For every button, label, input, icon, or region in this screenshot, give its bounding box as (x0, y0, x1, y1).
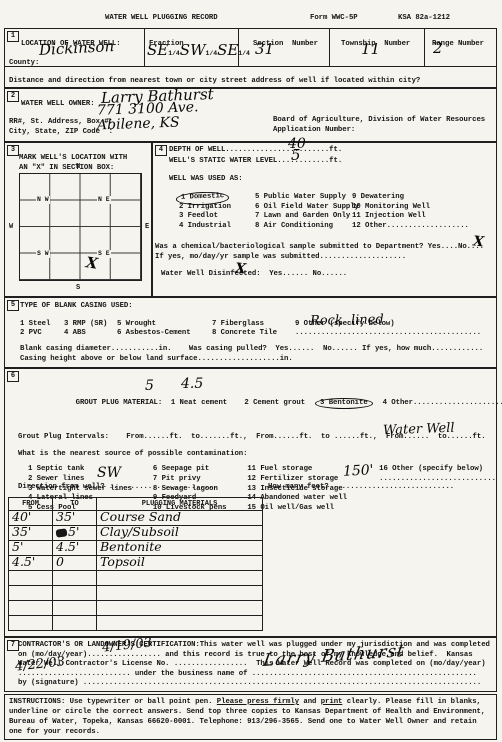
instructions-label: INSTRUCTIONS: (9, 698, 65, 706)
instructions-block: INSTRUCTIONS: Use typewriter or ball poi… (4, 694, 497, 740)
table-row (9, 616, 263, 631)
casing-diameter-line: Blank casing diameter...........in. Was … (20, 345, 496, 355)
from-value: 5' (12, 539, 23, 554)
press-firmly-underlined: Please press firmly (217, 698, 299, 706)
section-3-title: MARK WELL'S LOCATION WITH AN "X" IN SECT… (19, 146, 127, 174)
certification-text: CONTRACTOR'S OR LANDOWNER'S CERTIFICATIO… (5, 638, 496, 689)
divider (424, 29, 425, 66)
grout-material-line: GROUT PLUG MATERIAL: 1 Neat cement 2 Cem… (18, 373, 496, 427)
fraction-value: SE1/4SW1/4SE1/4 (147, 42, 250, 60)
disinfected-yes-x-mark: X (234, 261, 246, 276)
contam-other-value: Water Well (383, 422, 455, 437)
disinfected-line: Water Well Disinfected: Yes...... No....… (161, 270, 496, 280)
to-value: 5' (68, 524, 79, 539)
casing-options-row1: 1 Steel 3 RMP (SR) 5 Wrought 7 Fiberglas… (20, 320, 496, 330)
section-4-well-details: 4 DEPTH OF WELL........................f… (152, 142, 497, 297)
used-as-options: 1 Domestic 2 Irrigation 3 Feedlot 4 Indu… (179, 193, 496, 232)
instructions-text: INSTRUCTIONS: Use typewriter or ball poi… (5, 695, 496, 741)
section-2-owner: 2 WATER WELL OWNER: Larry Bathurst RR#, … (4, 88, 497, 142)
static-level-value: 5 (291, 148, 301, 163)
contamination-question: What is the nearest source of possible c… (18, 450, 496, 460)
from-value: 35' (12, 524, 31, 539)
grout-from-value: 5 (145, 379, 154, 393)
table-row: 4.5' 0 Topsoil (9, 556, 263, 571)
table-row (9, 601, 263, 616)
fraction-q2: SW (180, 41, 206, 59)
compass-w: W (9, 223, 13, 231)
material-value: Course Sand (100, 509, 181, 524)
to-value: 4.5' (56, 539, 79, 554)
casing-title: TYPE OF BLANK CASING USED: (20, 302, 496, 312)
section-5-casing: 5 TYPE OF BLANK CASING USED: 1 Steel 3 R… (4, 297, 497, 368)
from-value: 40' (12, 509, 31, 524)
table-row (9, 586, 263, 601)
divider (5, 66, 496, 67)
sample-date-line: If yes, mo/day/yr sample was submitted..… (155, 253, 496, 263)
form-statute: KSA 82a-1212 (398, 6, 450, 24)
form-title: WATER WELL PLUGGING RECORD (105, 6, 218, 24)
section-3-badge: 3 (7, 145, 19, 156)
section-6-grout: 6 GROUT PLUG MATERIAL: 1 Neat cement 2 C… (4, 368, 497, 637)
feet-value: 150' (343, 463, 374, 479)
material-value: Clay/Subsoil (100, 524, 179, 539)
table-row (9, 571, 263, 586)
grid-label-nw: N W (36, 196, 50, 204)
to-value: 0 (56, 554, 64, 569)
used-as-col1: 1 Domestic 2 Irrigation 3 Feedlot 4 Indu… (179, 193, 255, 232)
water-well-plugging-record-form: WATER WELL PLUGGING RECORD Form WWC-5P K… (0, 0, 502, 742)
material-value: Topsoil (100, 554, 145, 569)
board-of-agriculture-note: Board of Agriculture, Division of Water … (273, 108, 485, 136)
casing-other-value: Rock lined (310, 313, 384, 327)
section-5-badge: 5 (7, 300, 19, 311)
depth-of-well-line: DEPTH OF WELL........................ft. (169, 146, 496, 156)
static-water-level-line: WELL'S STATIC WATER LEVEL............ft. (169, 157, 496, 167)
from-value: 4.5' (12, 554, 35, 569)
township-number-value: 11 (361, 42, 380, 57)
used-as-label: WELL WAS USED AS: (169, 175, 496, 185)
section-4-badge: 4 (155, 145, 167, 156)
section-1-location: 1 LOCATION OF WATER WELL: County: Dickin… (4, 28, 497, 88)
section-box-grid: N W N E S W S E X (19, 173, 142, 281)
section-3-location-grid: 3 MARK WELL'S LOCATION WITH AN "X" IN SE… (4, 142, 152, 297)
grid-label-ne: N E (97, 196, 111, 204)
city-value: Abilene, KS (97, 116, 180, 133)
material-value: Bentonite (100, 539, 162, 554)
grid-label-sw: S W (36, 250, 50, 258)
fraction-q1: SE (147, 41, 168, 59)
casing-options-row2: 2 PVC 4 ABS 6 Asbestos-Cement 8 Concrete… (20, 329, 496, 339)
section-6-badge: 6 (7, 371, 19, 382)
compass-s: S (76, 284, 80, 292)
ink-blot (55, 528, 67, 537)
compass-n: N (76, 163, 80, 171)
compass-e: E (145, 223, 149, 231)
fraction-q3: SE (217, 41, 238, 59)
sample-no-x-mark: X (472, 234, 484, 249)
section-1-badge: 1 (7, 31, 19, 42)
to-value: 35' (56, 509, 75, 524)
print-underlined: print (321, 698, 343, 706)
well-location-x-mark: X (85, 255, 99, 271)
section-7-certification: 7 CONTRACTOR'S OR LANDOWNER'S CERTIFICAT… (4, 637, 497, 692)
used-as-col3: 9 Dewatering 10 Monitoring Well 11 Injec… (352, 193, 469, 232)
form-number: Form WWC-5P (310, 6, 358, 24)
sample-submitted-line: Was a chemical/bacteriological sample su… (155, 243, 496, 253)
section-7-badge: 7 (7, 640, 19, 651)
divider (329, 29, 330, 66)
section-2-badge: 2 (7, 91, 19, 102)
section-number-value: 31 (255, 42, 274, 57)
plugging-materials-table: FROM TO PLUGGING MATERIALS 40' 35' Cours… (8, 497, 263, 631)
bentonite-circled: 3 Bentonite (315, 398, 373, 409)
county-value: Dickinson (39, 39, 115, 58)
owner-label: WATER WELL OWNER: (21, 92, 95, 110)
used-as-col2: 5 Public Water Supply 6 Oil Field Water … (255, 193, 352, 232)
range-number-value: 2 (433, 41, 443, 56)
casing-height-line: Casing height above or below land surfac… (20, 355, 496, 365)
grout-to-value: 4.5 (181, 377, 203, 391)
distance-question: Distance and direction from nearest town… (9, 69, 420, 87)
direction-value: SW (97, 466, 121, 480)
divider (144, 29, 145, 66)
